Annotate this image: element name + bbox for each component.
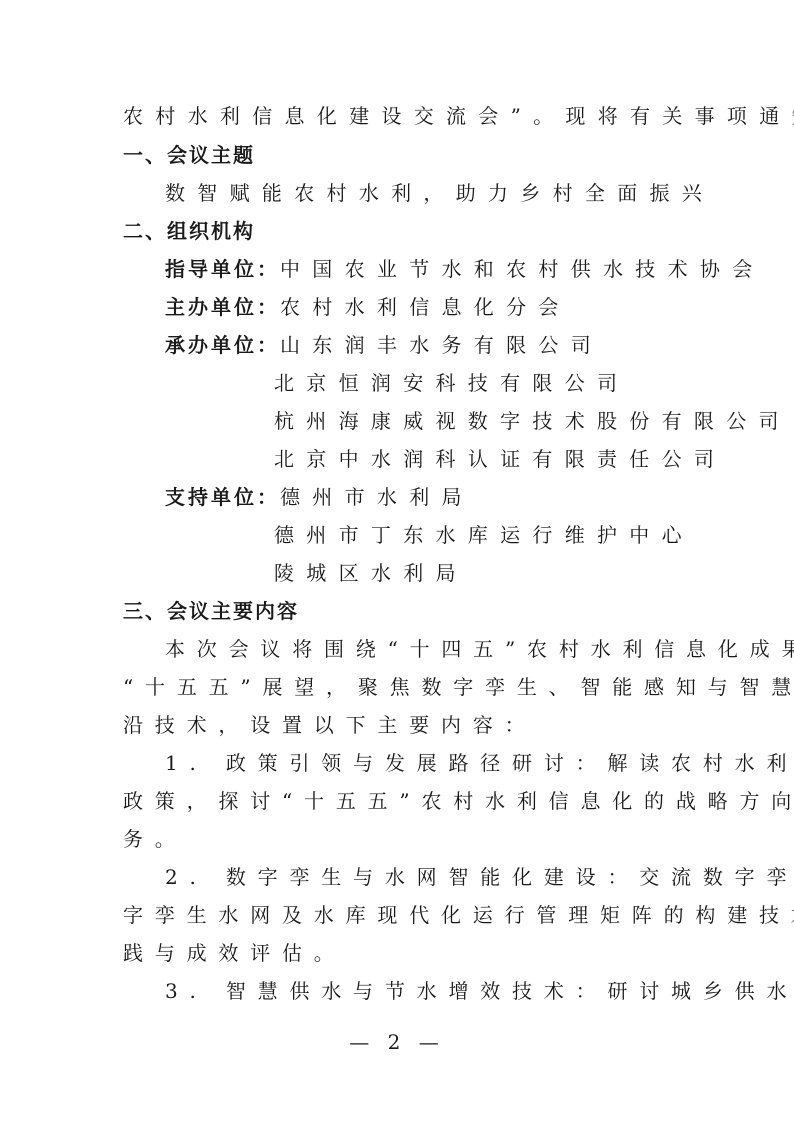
section-heading-content: 三、会议主要内容 — [123, 598, 683, 624]
content-item-line: 政策，探讨“十五五”农村水利信息化的战略方向与重点任 — [123, 788, 683, 814]
org-value: 北京恒润安科技有限公司 — [274, 370, 794, 396]
content-intro-line: 沿技术，设置以下主要内容： — [123, 712, 683, 738]
org-label-host: 主办单位： — [165, 295, 280, 319]
org-label-undertake: 承办单位： — [165, 333, 280, 357]
org-label-guide: 指导单位： — [165, 257, 280, 281]
intro-tail: 农村水利信息化建设交流会”。现将有关事项通知如下： — [123, 103, 683, 129]
org-row-host: 主办单位：农村水利信息化分会 — [165, 294, 725, 320]
content-item-line: 3. 智慧供水与节水增效技术：研讨城乡供水一体化中的 — [165, 978, 725, 1004]
org-value: 陵城区水利局 — [274, 560, 794, 586]
org-value: 中国农业节水和农村供水技术协会 — [280, 257, 765, 281]
org-value: 德州市水利局 — [280, 485, 474, 509]
org-value: 德州市丁东水库运行维护中心 — [274, 522, 794, 548]
org-value: 山东润丰水务有限公司 — [280, 333, 603, 357]
content-item-line: 践与成效评估。 — [123, 940, 683, 966]
section-heading-theme: 一、会议主题 — [123, 142, 683, 168]
section-heading-organization: 二、组织机构 — [123, 218, 683, 244]
page-number: — 2 — — [0, 1030, 794, 1054]
content-intro-line: 本次会议将围绕“十四五”农村水利信息化成果总结与 — [165, 636, 725, 662]
org-value: 农村水利信息化分会 — [280, 295, 571, 319]
content-item-line: 务。 — [123, 826, 683, 852]
org-value: 杭州海康威视数字技术股份有限公司 — [274, 408, 794, 434]
org-row-support: 支持单位：德州市水利局 — [165, 484, 725, 510]
org-label-support: 支持单位： — [165, 485, 280, 509]
content-item-line: 2. 数字孪生与水网智能化建设：交流数字孪生灌区、数 — [165, 864, 725, 890]
org-row-guide: 指导单位：中国农业节水和农村供水技术协会 — [165, 256, 725, 282]
org-value: 北京中水润科认证有限责任公司 — [274, 446, 794, 472]
theme-text: 数智赋能农村水利，助力乡村全面振兴 — [165, 180, 725, 206]
org-row-undertake: 承办单位：山东润丰水务有限公司 — [165, 332, 725, 358]
content-intro-line: “十五五”展望，聚焦数字孪生、智能感知与智慧管理等前 — [123, 674, 683, 700]
content-item-line: 字孪生水网及水库现代化运行管理矩阵的构建技术、应用实 — [123, 902, 683, 928]
content-item-line: 1. 政策引领与发展路径研讨：解读农村水利现代化发展 — [165, 750, 725, 776]
